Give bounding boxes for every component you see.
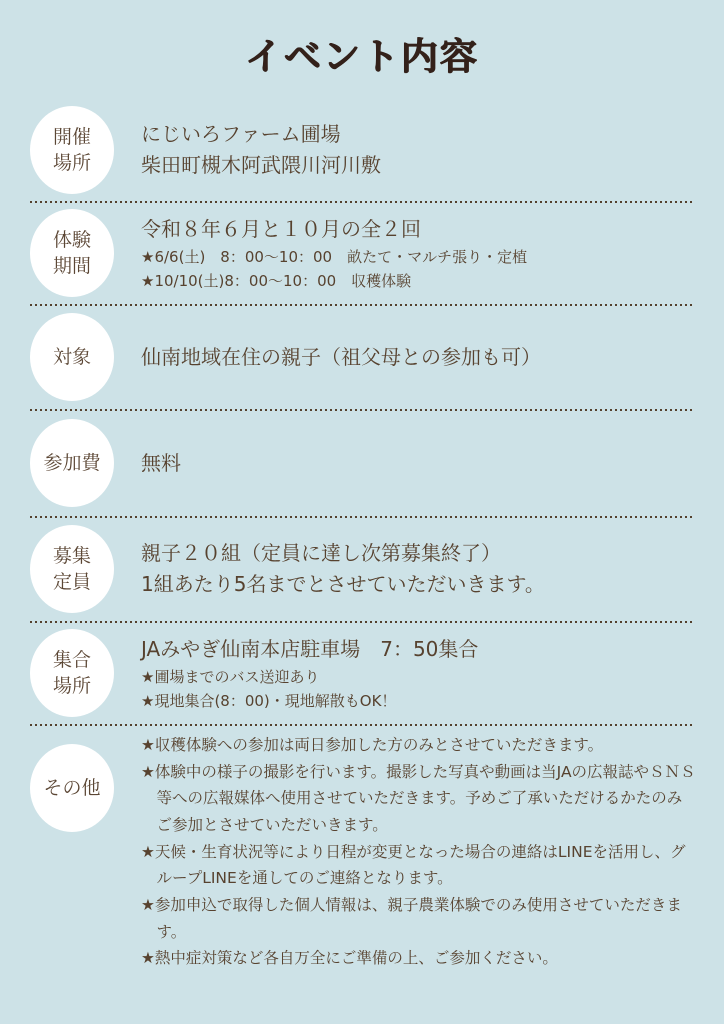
section-label-line: 期間: [53, 253, 91, 279]
section-meeting: 集合 場所 JAみやぎ仙南本店駐車場 7：50集合 ★圃場までのバス送迎あり ★…: [0, 623, 724, 723]
text-line-sub: ★圃場までのバス送迎あり: [141, 665, 696, 689]
section-fee: 参加費 無料: [0, 411, 724, 515]
text-line-main: JAみやぎ仙南本店駐車場 7：50集合: [141, 634, 696, 665]
text-line-main: 柴田町槻木阿武隈川河川敷: [141, 150, 696, 181]
page-title: イベント内容: [245, 26, 479, 80]
note-item: ★参加申込で取得した個人情報は、親子農業体験でのみ使用させていただきます。: [141, 892, 696, 945]
meeting-label-circle: 集合 場所: [30, 629, 114, 717]
section-label-line: 募集: [53, 543, 91, 569]
text-line-main: にじいろファーム圃場: [141, 119, 696, 150]
section-venue: 開催 場所 にじいろファーム圃場 柴田町槻木阿武隈川河川敷: [0, 100, 724, 200]
period-content: 令和８年６月と１０月の全２回 ★6/6(土) 8：00〜10：00 畝たて・マル…: [141, 214, 696, 293]
section-target: 対象 仙南地域在住の親子（祖父母との参加も可）: [0, 306, 724, 408]
page-header: イベント内容: [0, 0, 724, 100]
text-line-sub: ★6/6(土) 8：00〜10：00 畝たて・マルチ張り・定植: [141, 245, 696, 269]
text-line-main: 親子２０組（定員に達し次第募集終了）: [141, 538, 696, 569]
meeting-content: JAみやぎ仙南本店駐車場 7：50集合 ★圃場までのバス送迎あり ★現地集合(8…: [141, 634, 696, 713]
text-line-sub: ★10/10(土)8：00〜10：00 収穫体験: [141, 269, 696, 293]
note-item: ★収穫体験への参加は両日参加した方のみとさせていただきます。: [141, 732, 696, 759]
section-label-line: 場所: [53, 150, 91, 176]
capacity-label-circle: 募集 定員: [30, 525, 114, 613]
venue-label-circle: 開催 場所: [30, 106, 114, 194]
section-label-line: 定員: [53, 569, 91, 595]
other-label-circle: その他: [30, 744, 114, 832]
text-line-sub: ★現地集合(8：00)・現地解散もOK！: [141, 689, 696, 713]
fee-content: 無料: [141, 448, 696, 479]
note-item: ★体験中の様子の撮影を行います。撮影した写真や動画は当JAの広報誌やＳＮＳ等への…: [141, 759, 696, 839]
fee-label-circle: 参加費: [30, 419, 114, 507]
venue-content: にじいろファーム圃場 柴田町槻木阿武隈川河川敷: [141, 119, 696, 181]
section-period: 体験 期間 令和８年６月と１０月の全２回 ★6/6(土) 8：00〜10：00 …: [0, 203, 724, 303]
target-content: 仙南地域在住の親子（祖父母との参加も可）: [141, 342, 696, 373]
section-label-line: 参加費: [43, 450, 100, 476]
period-label-circle: 体験 期間: [30, 209, 114, 297]
section-label-line: 開催: [53, 124, 91, 150]
capacity-content: 親子２０組（定員に達し次第募集終了） 1組あたり5名までとさせていただいきます。: [141, 538, 696, 600]
text-line-main: 1組あたり5名までとさせていただいきます。: [141, 569, 696, 600]
section-label-line: その他: [43, 775, 100, 801]
section-label-line: 場所: [53, 673, 91, 699]
text-line-main: 無料: [141, 448, 696, 479]
section-capacity: 募集 定員 親子２０組（定員に達し次第募集終了） 1組あたり5名までとさせていた…: [0, 518, 724, 620]
note-item: ★熱中症対策など各自万全にご準備の上、ご参加ください。: [141, 945, 696, 972]
section-label-line: 体験: [53, 227, 91, 253]
other-content: ★収穫体験への参加は両日参加した方のみとさせていただきます。 ★体験中の様子の撮…: [141, 732, 696, 972]
text-line-main: 仙南地域在住の親子（祖父母との参加も可）: [141, 342, 696, 373]
section-label-line: 集合: [53, 647, 91, 673]
event-info-page: イベント内容 開催 場所 にじいろファーム圃場 柴田町槻木阿武隈川河川敷 体験 …: [0, 0, 724, 1024]
section-label-line: 対象: [53, 344, 91, 370]
text-line-main: 令和８年６月と１０月の全２回: [141, 214, 696, 245]
section-other: その他 ★収穫体験への参加は両日参加した方のみとさせていただきます。 ★体験中の…: [0, 726, 724, 978]
note-item: ★天候・生育状況等により日程が変更となった場合の連絡はLINEを活用し、グループ…: [141, 839, 696, 892]
target-label-circle: 対象: [30, 313, 114, 401]
